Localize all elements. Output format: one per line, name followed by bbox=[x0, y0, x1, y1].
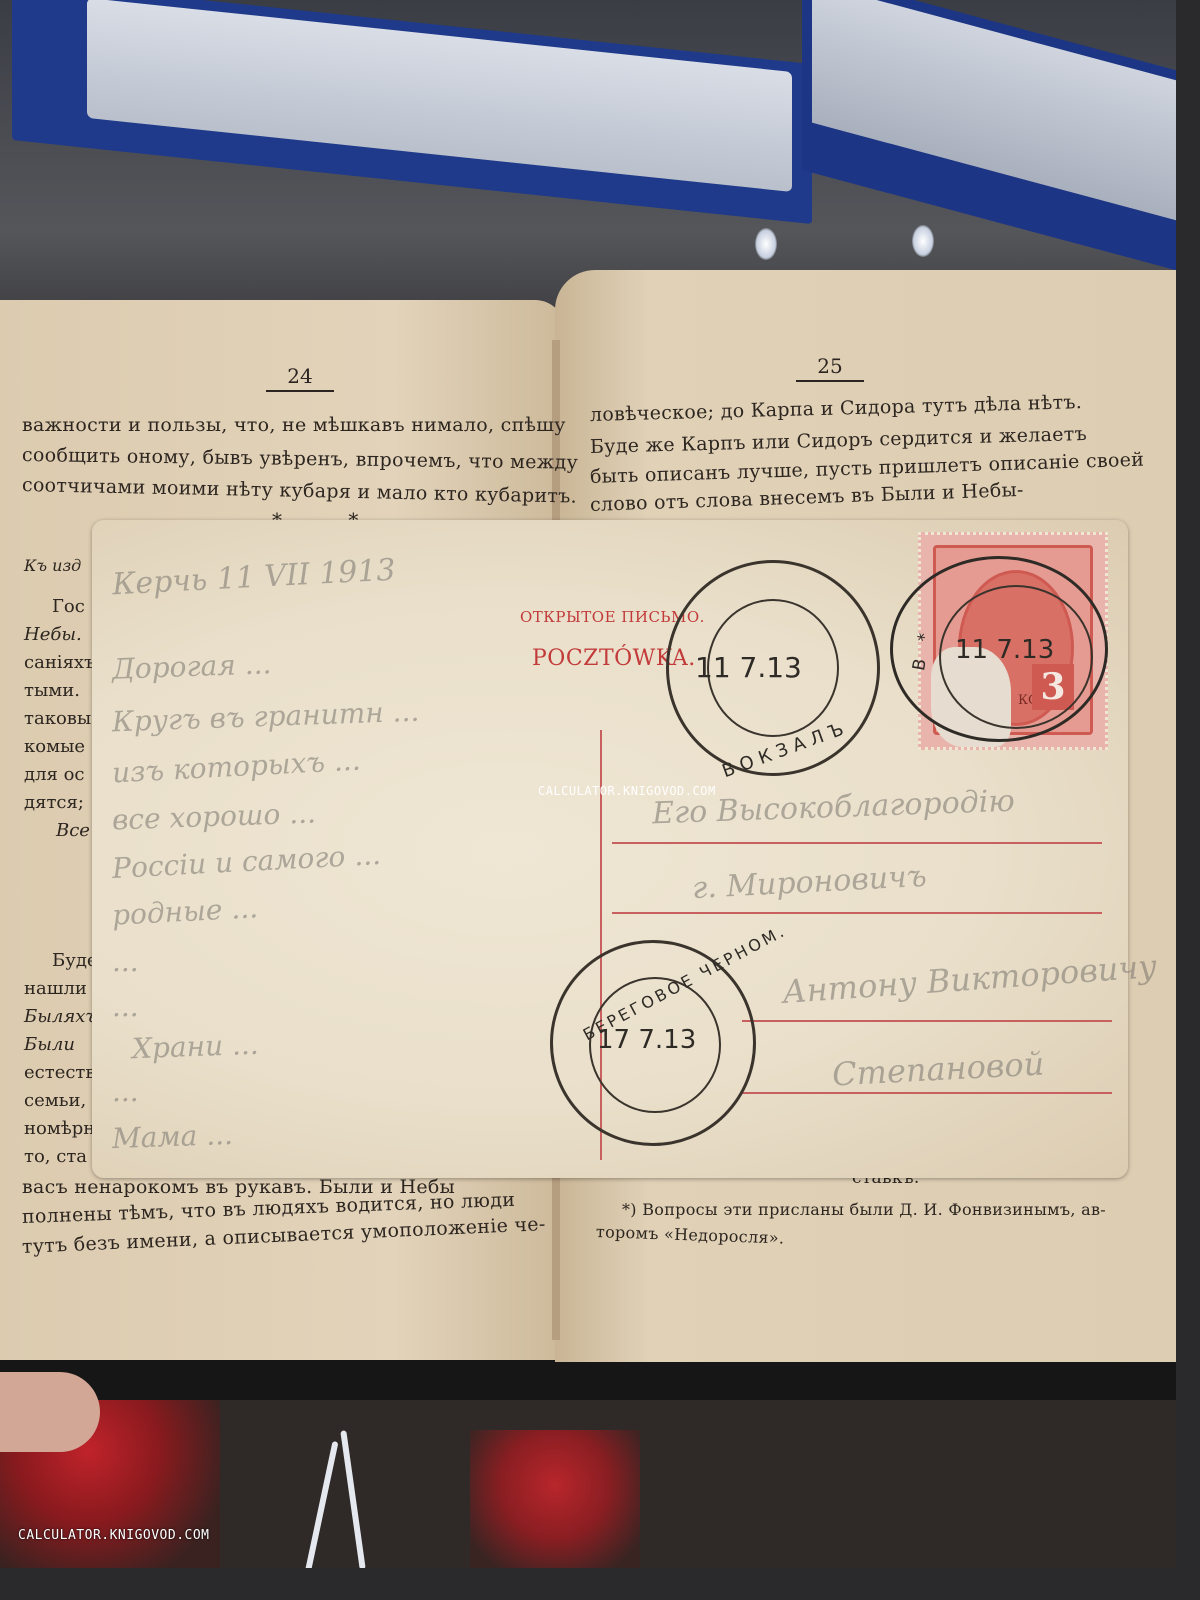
address-line bbox=[742, 1092, 1112, 1094]
red-fabric bbox=[470, 1430, 640, 1568]
address-line bbox=[612, 912, 1102, 914]
text-fragment: естеств bbox=[24, 1062, 96, 1083]
handwriting-line: ... bbox=[112, 990, 139, 1023]
handwriting-line: родные ... bbox=[111, 891, 258, 932]
postmark-stamp-cancel: В * 11 7.13 bbox=[890, 556, 1108, 742]
address-handwriting: Антону Викторовичу bbox=[781, 947, 1158, 1011]
text-fragment: Буде bbox=[52, 950, 98, 971]
text-fragment: комые bbox=[24, 736, 85, 757]
address-line bbox=[612, 842, 1102, 844]
text-fragment: семьи, bbox=[24, 1090, 86, 1111]
page-number-underline bbox=[796, 380, 864, 382]
text-fragment: Небы. bbox=[24, 624, 82, 645]
text-fragment: саніяхъ bbox=[24, 652, 96, 673]
address-handwriting: г. Мироновичъ bbox=[691, 859, 927, 906]
text-fragment: для ос bbox=[24, 764, 85, 785]
postcard: Керчь 11 VII 1913 Дорогая ... Кругъ въ г… bbox=[92, 520, 1128, 1178]
page-number-right: 25 bbox=[810, 354, 850, 378]
watermark-bottom-left: CALCULATOR.KNIGOVOD.COM bbox=[18, 1528, 210, 1543]
page-number-underline bbox=[266, 390, 334, 392]
watermark-center: CALCULATOR.KNIGOVOD.COM bbox=[538, 784, 716, 798]
address-handwriting: Степановой bbox=[831, 1044, 1045, 1093]
text-fragment: Были bbox=[24, 1034, 75, 1055]
handwriting-line: Дорогая ... bbox=[111, 647, 271, 686]
ceiling-light-reflection bbox=[755, 228, 777, 260]
postmark-station: ВОКЗАЛЪ 11 7.13 bbox=[666, 560, 880, 776]
text-fragment: нашли bbox=[24, 978, 87, 999]
text-fragment: тыми. bbox=[24, 680, 80, 701]
handwriting-line: ... bbox=[112, 945, 139, 978]
thumb bbox=[0, 1372, 100, 1452]
ceiling-light-reflection bbox=[912, 225, 934, 257]
postmark-ring-text: В * bbox=[909, 626, 936, 672]
text-fragment: таковы bbox=[24, 708, 91, 729]
handwriting-line: Храни ... bbox=[131, 1028, 259, 1065]
text-fragment: номѣрн bbox=[24, 1118, 95, 1139]
postmark-date: 11 7.13 bbox=[955, 635, 1054, 665]
text-fragment: Быляхъ bbox=[24, 1006, 97, 1027]
postmark-date: 17 7.13 bbox=[597, 1025, 696, 1055]
postmark-date: 11 7.13 bbox=[695, 651, 802, 684]
handwriting-line: ... bbox=[112, 1075, 139, 1108]
text-fragment: дятся; bbox=[24, 792, 84, 813]
footnote: *) Вопросы эти присланы были Д. И. Фонви… bbox=[622, 1200, 1106, 1219]
text-line: важности и пользы, что, не мѣшкавъ нимал… bbox=[22, 414, 566, 436]
text-fragment: Гос bbox=[52, 596, 85, 617]
text-fragment: то, ста bbox=[24, 1146, 87, 1167]
text-fragment: Къ изд bbox=[24, 556, 81, 575]
handwriting-line: все хорошо ... bbox=[111, 796, 316, 836]
handwriting-line: Керчь 11 VII 1913 bbox=[111, 553, 396, 603]
page-number-left: 24 bbox=[280, 364, 320, 388]
handwriting-line: Россіи и самого ... bbox=[111, 838, 381, 885]
photo-album bbox=[12, 0, 1176, 160]
handwriting-line: Кругъ въ гранитн ... bbox=[112, 695, 420, 739]
postmark-coastal: БЕРЕГОВОЕ ЧЕРНОМ. 17 7.13 bbox=[550, 940, 756, 1146]
handwriting-line: изъ которыхъ ... bbox=[111, 744, 361, 790]
text-fragment: Все bbox=[56, 820, 90, 841]
handwriting-line: Мама ... bbox=[111, 1118, 233, 1155]
address-line bbox=[742, 1020, 1112, 1022]
